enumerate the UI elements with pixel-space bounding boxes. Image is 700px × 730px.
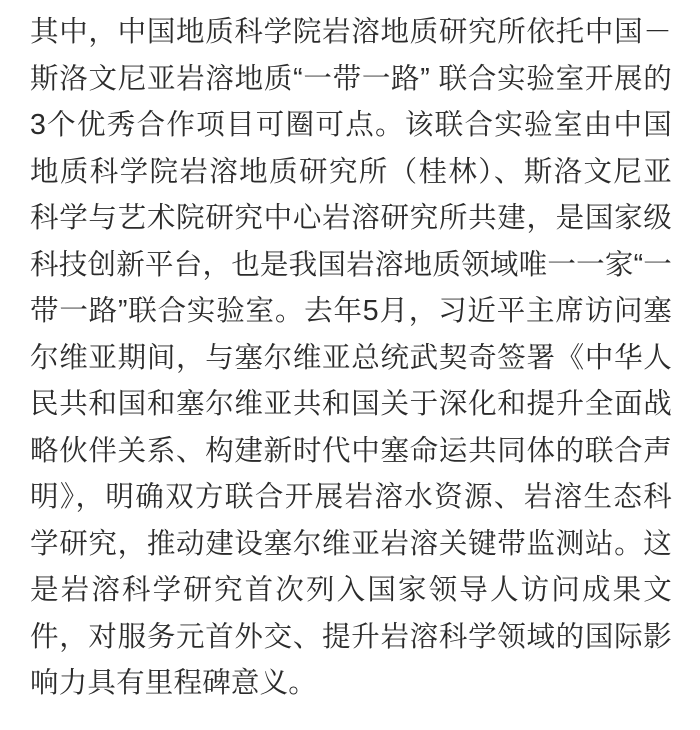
text-line-13: 是岩溶科学研究首次列入国家领导人访问成果文 — [30, 567, 672, 614]
text-line-11: 明》，明确双方联合开展岩溶水资源、岩溶生态科 — [30, 474, 672, 521]
text-line-8: 尔维亚期间，与塞尔维亚总统武契奇签署《中华人 — [30, 335, 672, 382]
text-line-5: 科学与艺术院研究中心岩溶研究所共建，是国家级 — [30, 195, 672, 242]
text-line-7: 带一路”联合实验室。去年5月，习近平主席访问塞 — [30, 288, 672, 335]
text-line-2: 斯洛文尼亚岩溶地质“一带一路” 联合实验室开展的 — [30, 56, 672, 103]
article-text-block: 其中，中国地质科学院岩溶地质研究所依托中国－ 斯洛文尼亚岩溶地质“一带一路” 联… — [0, 0, 700, 730]
text-line-14: 件，对服务元首外交、提升岩溶科学领域的国际影 — [30, 614, 672, 661]
text-line-10: 略伙伴关系、构建新时代中塞命运共同体的联合声 — [30, 428, 672, 475]
text-line-1: 其中，中国地质科学院岩溶地质研究所依托中国－ — [30, 9, 672, 56]
text-line-9: 民共和国和塞尔维亚共和国关于深化和提升全面战 — [30, 381, 672, 428]
text-line-12: 学研究，推动建设塞尔维亚岩溶关键带监测站。这 — [30, 521, 672, 568]
text-line-3: 3个优秀合作项目可圈可点。该联合实验室由中国 — [30, 102, 672, 149]
text-line-4: 地质科学院岩溶地质研究所（桂林）、斯洛文尼亚 — [30, 149, 672, 196]
text-line-6: 科技创新平台，也是我国岩溶地质领域唯一一家“一 — [30, 242, 672, 289]
text-line-15: 响力具有里程碑意义。 — [30, 660, 672, 707]
